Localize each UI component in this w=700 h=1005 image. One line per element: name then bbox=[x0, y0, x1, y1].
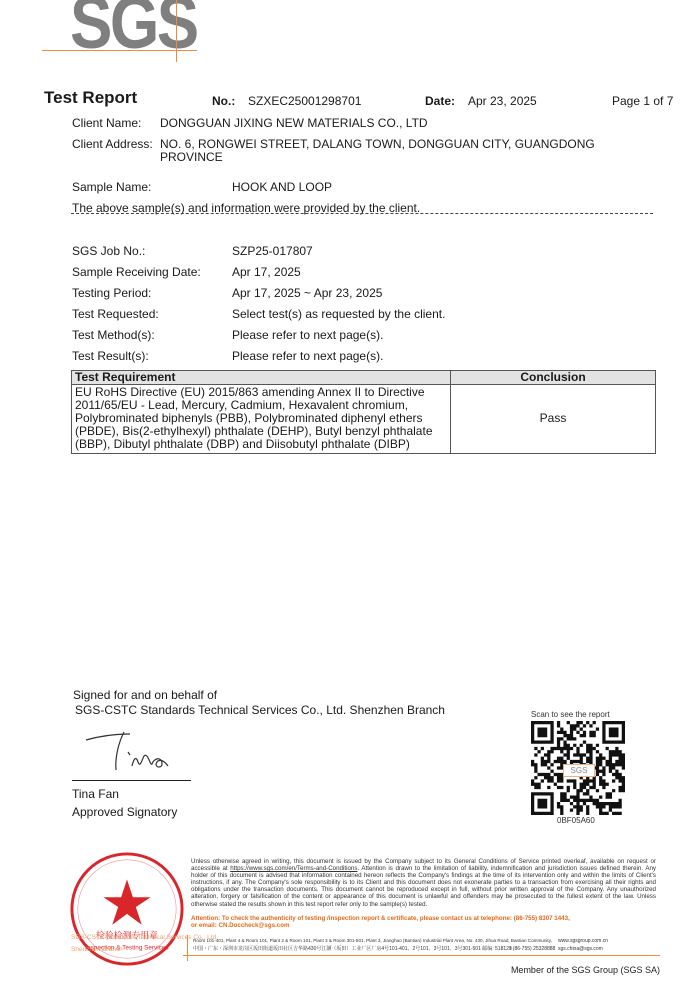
authenticity-notice: Attention: To check the authenticity of … bbox=[191, 915, 661, 929]
dashed-divider bbox=[71, 213, 653, 214]
page-indicator: Page 1 of 7 bbox=[612, 94, 673, 108]
client-address-label: Client Address: bbox=[72, 137, 153, 152]
header-conclusion: Conclusion bbox=[451, 371, 656, 385]
signature-line bbox=[72, 780, 191, 781]
job-number: SZP25-017807 bbox=[232, 244, 313, 259]
receiving-date-label: Sample Receiving Date: bbox=[72, 265, 201, 280]
logo-accent-line-horizontal bbox=[42, 50, 197, 51]
report-title: Test Report bbox=[44, 88, 137, 108]
phone: t (86-755) 25328888 bbox=[510, 946, 555, 952]
address-chinese: 中国・广东・深圳市龙岗区坂田街道坂田社区吉华路430号江灏（坂田）工业厂区厂房4… bbox=[193, 946, 512, 952]
report-date: Apr 23, 2025 bbox=[468, 94, 537, 108]
authenticity-notice-email[interactable]: or email: CN.Doccheck@sgs.com bbox=[191, 922, 661, 929]
client-address-line2: PROVINCE bbox=[160, 150, 223, 165]
test-methods-label: Test Method(s): bbox=[72, 328, 155, 343]
sample-name-label: Sample Name: bbox=[72, 180, 151, 195]
stamp-caption-line2: Shenzhen Branch bbox=[71, 945, 123, 955]
signed-on-behalf-label: Signed for and on behalf of bbox=[73, 688, 217, 703]
address-accent-vertical bbox=[187, 935, 188, 961]
terms-fine-print: Unless otherwise agreed in writing, this… bbox=[191, 858, 656, 908]
test-results: Please refer to next page(s). bbox=[232, 349, 383, 364]
report-number-label: No.: bbox=[212, 94, 235, 108]
qr-caption: Scan to see the report bbox=[531, 710, 610, 719]
testing-period: Apr 17, 2025 ~ Apr 23, 2025 bbox=[232, 286, 382, 301]
signing-company: SGS-CSTC Standards Technical Services Co… bbox=[75, 703, 445, 718]
conclusion-cell: Pass bbox=[451, 385, 656, 454]
footer-accent-line bbox=[183, 955, 660, 956]
authenticity-notice-line1: Attention: To check the authenticity of … bbox=[191, 915, 661, 922]
test-requested: Select test(s) as requested by the clien… bbox=[232, 307, 445, 322]
requirement-cell: EU RoHS Directive (EU) 2015/863 amending… bbox=[72, 385, 451, 454]
qr-center-logo: SGS bbox=[563, 764, 595, 777]
client-name: DONGGUAN JIXING NEW MATERIALS CO., LTD bbox=[160, 116, 428, 131]
testing-period-label: Testing Period: bbox=[72, 286, 151, 301]
test-results-label: Test Result(s): bbox=[72, 349, 149, 364]
table-row: EU RoHS Directive (EU) 2015/863 amending… bbox=[72, 385, 656, 454]
report-number: SZXEC25001298701 bbox=[248, 94, 361, 108]
sgs-group-membership: Member of the SGS Group (SGS SA) bbox=[511, 965, 660, 975]
sgs-logo: SGS bbox=[70, 0, 197, 60]
qr-code-id: 0BF05A60 bbox=[557, 816, 595, 825]
client-address-line1: NO. 6, RONGWEI STREET, DALANG TOWN, DONG… bbox=[160, 137, 595, 152]
header-test-requirement: Test Requirement bbox=[72, 371, 451, 385]
test-requirement-table: Test Requirement Conclusion EU RoHS Dire… bbox=[71, 370, 656, 454]
signer-name: Tina Fan bbox=[72, 787, 119, 802]
test-methods: Please refer to next page(s). bbox=[232, 328, 383, 343]
job-number-label: SGS Job No.: bbox=[72, 244, 145, 259]
receiving-date: Apr 17, 2025 bbox=[232, 265, 301, 280]
terms-link[interactable]: https://www.sgs.com/en/Terms-and-Conditi… bbox=[230, 865, 357, 872]
logo-accent-line-vertical bbox=[176, 0, 177, 62]
test-requested-label: Test Requested: bbox=[72, 307, 159, 322]
report-date-label: Date: bbox=[425, 94, 455, 108]
handwritten-signature bbox=[80, 722, 190, 777]
signer-role: Approved Signatory bbox=[72, 805, 177, 820]
table-header-row: Test Requirement Conclusion bbox=[72, 371, 656, 385]
client-name-label: Client Name: bbox=[72, 116, 141, 131]
contact-email[interactable]: sgs.china@sgs.com bbox=[558, 946, 603, 952]
sample-name: HOOK AND LOOP bbox=[232, 180, 332, 195]
address-english: Room 101-401, Plant 4 & Room 101, Plant … bbox=[193, 938, 553, 944]
website[interactable]: www.sgsgroup.com.cn bbox=[558, 938, 608, 944]
